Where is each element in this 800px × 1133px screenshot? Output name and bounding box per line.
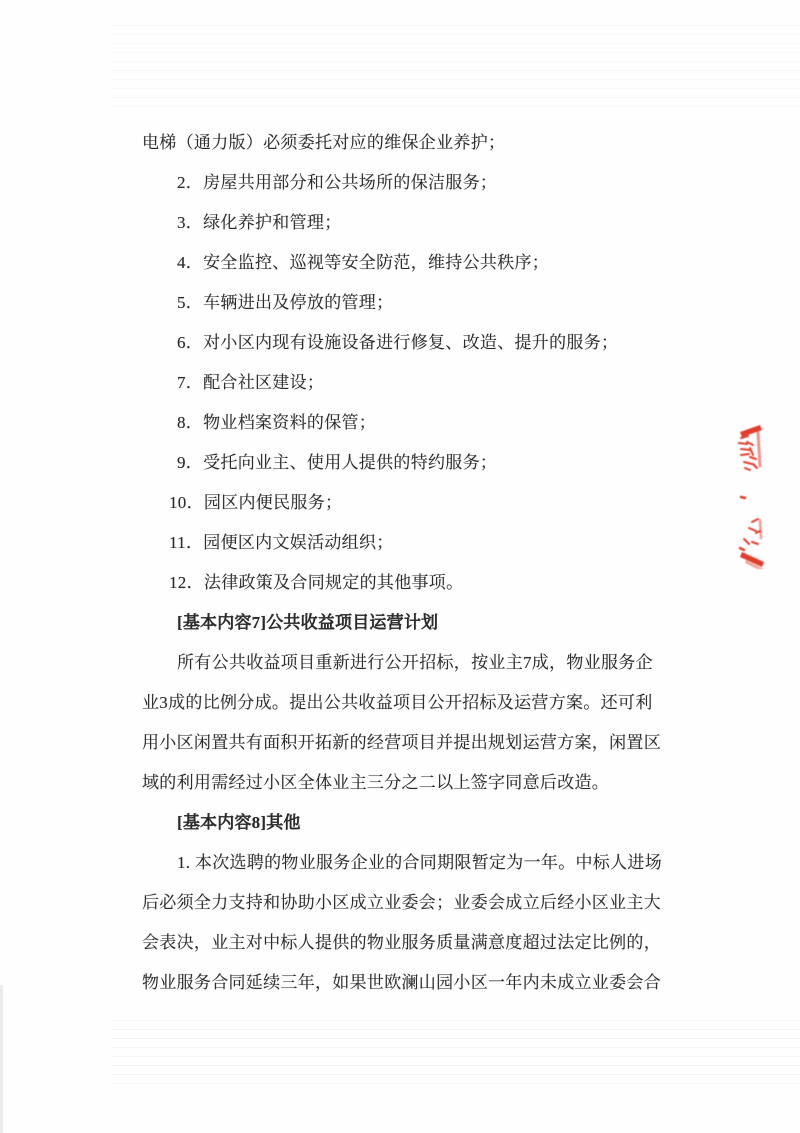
doc-text-line: 会表决，业主对中标人提供的物业服务质量满意度超过法定比例的， (142, 923, 682, 963)
doc-text-line: 电梯（通力版）必须委托对应的维保企业养护； (142, 123, 682, 163)
scan-artifact-streaks-top (112, 25, 800, 115)
doc-text-line: 所有公共收益项目重新进行公开招标，按业主7成，物业服务企 (142, 643, 682, 683)
doc-text-line: 后必须全力支持和协助小区成立业委会；业委会成立后经小区业主大 (142, 883, 682, 923)
doc-text-line: 1. 本次选聘的物业服务企业的合同期限暂定为一年。中标人进场 (142, 843, 682, 883)
section-heading: [基本内容7]公共收益项目运营计划 (142, 603, 682, 643)
doc-text-line: 业3成的比例分成。提出公共收益项目公开招标及运营方案。还可利 (142, 683, 682, 723)
list-item: 5．车辆进出及停放的管理； (142, 283, 682, 323)
document-body: 电梯（通力版）必须委托对应的维保企业养护； 2．房屋共用部分和公共场所的保洁服务… (142, 123, 682, 1003)
document-page: 电梯（通力版）必须委托对应的维保企业养护； 2．房屋共用部分和公共场所的保洁服务… (0, 0, 800, 1133)
list-item: 8．物业档案资料的保管； (142, 403, 682, 443)
list-item: 9．受托向业主、使用人提供的特约服务； (142, 443, 682, 483)
doc-text-line: 域的利用需经过小区全体业主三分之二以上签字同意后改造。 (142, 763, 682, 803)
list-item: 6．对小区内现有设施设备进行修复、改造、提升的服务； (142, 323, 682, 363)
scan-artifact-streaks-bottom (112, 1020, 800, 1092)
list-item: 3．绿化养护和管理； (142, 203, 682, 243)
list-item: 11．园便区内文娱活动组织； (142, 523, 682, 563)
scan-artifact-left-edge (0, 985, 3, 1133)
doc-text-line: 用小区闲置共有面积开拓新的经营项目并提出规划运营方案，闲置区 (142, 723, 682, 763)
doc-text-line: 物业服务合同延续三年，如果世欧澜山园小区一年内未成立业委会合 (142, 963, 682, 1003)
list-item: 12．法律政策及合同规定的其他事项。 (142, 563, 682, 603)
list-item: 10．园区内便民服务； (142, 483, 682, 523)
seal-stroke-marks (739, 432, 761, 550)
list-item: 4．安全监控、巡视等安全防范，维持公共秩序； (142, 243, 682, 283)
list-item: 2．房屋共用部分和公共场所的保洁服务； (142, 163, 682, 203)
red-seal-stamp-icon (736, 424, 766, 569)
list-item: 7．配合社区建设； (142, 363, 682, 403)
section-heading: [基本内容8]其他 (142, 803, 682, 843)
